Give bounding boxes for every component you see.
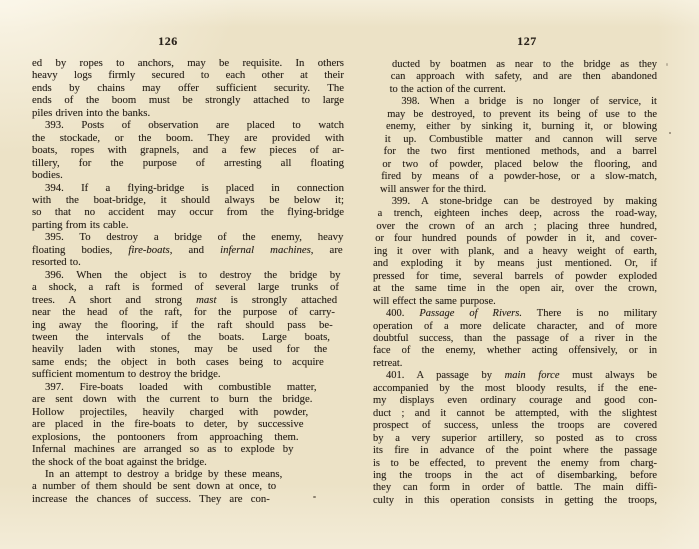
text-line: a trench, eighteen inches deep, across t… xyxy=(378,208,657,220)
text-line: 399. A stone-bridge can be destroyed by … xyxy=(379,196,657,208)
text-line: or two of powder, placed below the floor… xyxy=(382,159,657,171)
text-line: by a very superior artillery, so posted … xyxy=(373,433,657,445)
text-line: and exploding it by means just mentioned… xyxy=(373,258,657,270)
text-line: prospect of success, unless the troops a… xyxy=(373,420,657,432)
text-line: 398. When a bridge is no longer of servi… xyxy=(388,96,657,108)
text-line: duct ; and it cannot be attempted, with … xyxy=(373,408,657,420)
book-scan: 126 127 ed by ropes to anchors, may be r… xyxy=(0,0,699,549)
page-right-text-column: ducted by boatmen as near to the bridge … xyxy=(0,59,657,507)
text-line: its fire in advance of the point where t… xyxy=(373,445,657,457)
text-line: fired by means of a powder-hose, or a sl… xyxy=(381,171,657,183)
text-line: for the two first mentioned methods, and… xyxy=(384,146,657,158)
text-line: or four hundred pounds of powder in it, … xyxy=(375,233,657,245)
text-line: pressed for time, several barrels of pow… xyxy=(373,271,657,283)
paragraph: 399. A stone-bridge can be destroyed by … xyxy=(0,196,657,308)
text-line: enemy, either by sinking it, burning it,… xyxy=(386,121,657,133)
text-line: to the action of the current. xyxy=(390,84,657,96)
page-number-right: 127 xyxy=(503,34,551,49)
text-line: ing the troops in the act of disembarkin… xyxy=(373,470,657,482)
text-line: can approach with safety, and are then a… xyxy=(391,71,657,83)
text-line: 401. A passage by main force must always… xyxy=(373,370,657,382)
text-line: 400. Passage of Rivers. There is no mili… xyxy=(373,308,657,320)
paragraph: ducted by boatmen as near to the bridge … xyxy=(0,59,657,96)
paragraph: 400. Passage of Rivers. There is no mili… xyxy=(0,308,657,370)
text-line: accompanied by the most bloody results, … xyxy=(373,383,657,395)
text-line: will answer for the third. xyxy=(380,184,657,196)
text-line: face of the enemy, whether acting offens… xyxy=(373,345,657,357)
page-number-left: 126 xyxy=(144,34,192,49)
text-line: will effect the same purpose. xyxy=(373,296,657,308)
text-line: may be destroyed, to prevent its being o… xyxy=(387,109,657,121)
ink-speck xyxy=(669,132,671,134)
text-line: retreat. xyxy=(373,358,657,370)
paragraph: 398. When a bridge is no longer of servi… xyxy=(0,96,657,196)
ink-speck xyxy=(313,496,316,498)
text-line: ing it over with plank, and a heavy weig… xyxy=(374,246,657,258)
text-line: ducted by boatmen as near to the bridge … xyxy=(392,59,657,71)
text-line: it up. Combustible matter and cannon wil… xyxy=(385,134,657,146)
text-line: they can form in order of battle. The ma… xyxy=(373,482,657,494)
ink-speck xyxy=(666,63,668,66)
text-line: operation of a more delicate character, … xyxy=(373,321,657,333)
text-line: over the crown of an arch ; placing thre… xyxy=(376,221,657,233)
paragraph: 401. A passage by main force must always… xyxy=(0,370,657,507)
text-line: is to be effected, to prevent the enemy … xyxy=(373,458,657,470)
text-line: at the same time in the open air, over t… xyxy=(373,283,657,295)
text-line: doubtful success, than the passage of a … xyxy=(373,333,657,345)
text-line: culty in this operation consists in gett… xyxy=(373,495,657,507)
text-line: my displays even ordinary courage and go… xyxy=(373,395,657,407)
